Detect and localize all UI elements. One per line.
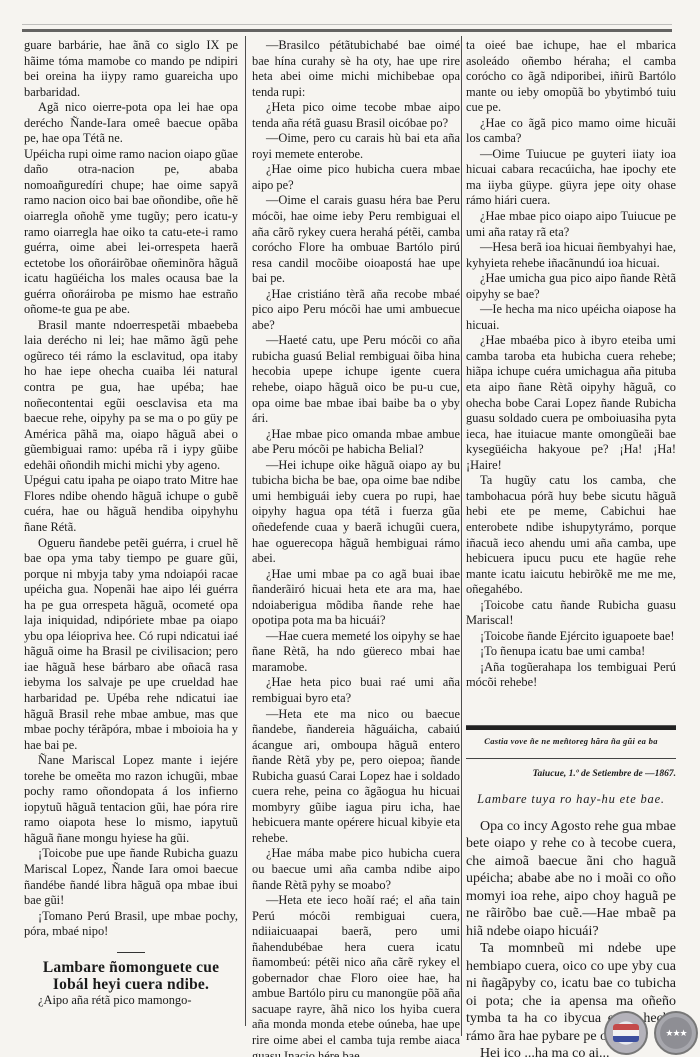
paragraph: —Hesa berã ioa hicuai ñembyahyi hae, kyh…	[466, 240, 676, 271]
masthead-faint-rule	[22, 24, 672, 25]
paragraph: —Hei ichupe oike hãguã oiapo ay bu tubic…	[252, 458, 460, 567]
paragraph: —Oime, pero cu carais hù bai eta aña roy…	[252, 131, 460, 162]
paragraph: Hei ico ...ha ma co ai...	[466, 1045, 676, 1057]
paragraph: Opa co incy Agosto rehe gua mbae bete oi…	[466, 818, 676, 941]
column-divider-2	[461, 36, 462, 1036]
section-divider	[117, 952, 145, 953]
paragraph: Ogueru ñandebe petẽi guérra, i cruel hẽ …	[24, 536, 238, 754]
stars-label: ★★★	[665, 1028, 686, 1039]
paragraph: ¿Hae cristiáno tèrã aña recobe mbaé pico…	[252, 287, 460, 334]
paragraph: ¿Hae mbaéba pico à ibyro eteiba umi camb…	[466, 333, 676, 473]
paragraph: ¡To ñenupa icatu bae umi camba!	[466, 644, 676, 660]
column-2: —Brasilco pétãtubichabé bae oimé bae hín…	[252, 38, 460, 1057]
paragraph: Ta hugũy catu los camba, che tambohacua …	[466, 473, 676, 597]
paragraph: ¿Hae oime pico hubicha cuera mbae aipo p…	[252, 162, 460, 193]
article-headline: Lambare ñomonguete cue Iobál heyi cuera …	[24, 959, 238, 993]
paragraph: guare barbárie, hae ãnã co siglo IX pe h…	[24, 38, 238, 100]
paragraph: ¡Toicobe pue upe ñande Rubicha guazu Mar…	[24, 846, 238, 908]
paragraph: Brasil mante ndoerrespetãi mbaebeba laia…	[24, 318, 238, 473]
paragraph: —Ie hecha ma nico upéicha oiapose ha hic…	[466, 302, 676, 333]
paragraph: ¿Hae mbae pico omanda mbae ambue abe Per…	[252, 427, 460, 458]
paragraph: —Heta ete ieco hoãí raé; el aña tain Per…	[252, 893, 460, 1057]
dateline: Taiucue, 1.º de Setiembre de —1867.	[466, 767, 676, 783]
column-3: ta oieé bae ichupe, hae el mbarica asole…	[466, 38, 676, 1057]
paragraph: ¿Heta pico oime tecobe mbae aipo tenda a…	[252, 100, 460, 131]
newspaper-page: guare barbárie, hae ãnã co siglo IX pe h…	[0, 0, 700, 1057]
paragraph: ¡Toicobe ñande Ejército iguapoete bae!	[466, 629, 676, 645]
paragraph: —Oime Tuiucue pe guyteri iiaty ioa hicua…	[466, 147, 676, 209]
section-divider-thick	[466, 725, 676, 730]
masthead-rule	[22, 29, 672, 32]
paragraph: ¿Hae heta pico buai raé umi aña rembigua…	[252, 675, 460, 706]
paragraph: —Oime el carais guasu héra bae Peru mócõ…	[252, 193, 460, 286]
paragraph: ¿Aipo aña rétã pico mamongo-	[24, 993, 238, 1009]
paraguay-flag-seal-icon	[604, 1011, 648, 1055]
paragraph: ta oieé bae ichupe, hae el mbarica asole…	[466, 38, 676, 116]
paragraph: —Haeté catu, upe Peru mócõi co aña rubic…	[252, 333, 460, 426]
paragraph: Upégui catu ipaha pe oiapo trato Mitre h…	[24, 473, 238, 535]
paragraph: ¿Hae co ãgã pico mamo oime hicuãi los ca…	[466, 116, 676, 147]
paragraph: Upéicha rupi oime ramo nacion oiapo gũae…	[24, 147, 238, 318]
paragraph: ¡Aña togũerahapa los tembiguai Perú mócõ…	[466, 660, 676, 691]
paragraph: ¿Hae umi mbae pa co agã buai ibae ñander…	[252, 567, 460, 629]
paragraph: ¿Hae mába mabe pico hubicha cuera ou bae…	[252, 846, 460, 893]
column-divider-1	[245, 36, 246, 1026]
paragraph: Ñane Mariscal Lopez mante i iejére toreh…	[24, 753, 238, 846]
paragraph: —Heta ete ma nico ou baecue ñandebe, ñan…	[252, 707, 460, 847]
paragraph: ¡Tomano Perú Brasil, upe mbae pochy, pór…	[24, 909, 238, 940]
flag-icon	[613, 1024, 639, 1042]
three-stars-seal-icon: ★★★	[654, 1011, 698, 1055]
paragraph: ¿Hae mbae pico oiapo aipo Tuiucue pe umi…	[466, 209, 676, 240]
paragraph: —Brasilco pétãtubichabé bae oimé bae hín…	[252, 38, 460, 100]
paragraph: Agã nico oierre-pota opa lei hae opa der…	[24, 100, 238, 147]
paragraph: ¿Hae umicha gua pico aipo ñande Rètã oip…	[466, 271, 676, 302]
paragraph: —Hae cuera memeté los oipyhy se hae ñane…	[252, 629, 460, 676]
section-divider-thin	[466, 758, 676, 759]
italic-note: Castia vove ñe ne meñtoreg hãra ña gũi e…	[466, 734, 676, 750]
article-subhead: Lambare tuya ro hay-hu ete bae.	[466, 792, 676, 808]
column-1: guare barbárie, hae ãnã co siglo IX pe h…	[24, 38, 238, 1008]
paragraph: ¡Toicobe catu ñande Rubicha guasu Marisc…	[466, 598, 676, 629]
